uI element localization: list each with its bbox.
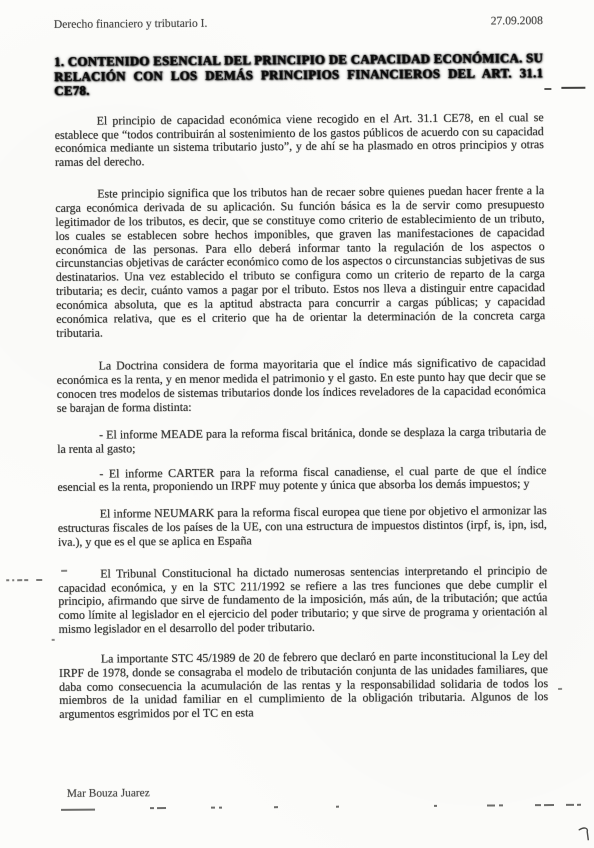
pen-mark-icon: [577, 826, 591, 847]
paragraph-4: El Tribunal Constitucional ha dictado nu…: [58, 564, 548, 637]
scan-artifact-speck: [558, 688, 562, 690]
date-label: 27.09.2008: [491, 14, 543, 27]
page-header: Derecho financiero y tributario I. 27.09…: [54, 14, 543, 31]
course-title: Derecho financiero y tributario I.: [54, 17, 208, 31]
footer-author: Mar Bouza Juarez: [67, 787, 150, 800]
section-title: 1. CONTENIDO ESENCIAL DEL PRINCIPIO DE C…: [54, 51, 543, 99]
paragraph-5: La importante STC 45/1989 de 20 de febre…: [59, 649, 549, 722]
document-content: Derecho financiero y tributario I. 27.09…: [0, 0, 594, 848]
scan-artifact-dash: [561, 87, 585, 89]
scan-artifact-speck: [52, 639, 55, 641]
bullet-item-meade: - El informe MEADE para la reforma fisca…: [57, 425, 546, 457]
paragraph-2: Este principio significa que los tributo…: [55, 184, 545, 340]
scan-skew-wrapper: Derecho financiero y tributario I. 27.09…: [0, 0, 594, 848]
scan-artifact-speck: [61, 570, 67, 572]
scanned-document-page: Derecho financiero y tributario I. 27.09…: [0, 0, 594, 848]
bullet-item-carter: - El informe CARTER para la reforma fisc…: [57, 464, 546, 496]
scan-artifact-margin-dots: [6, 568, 42, 571]
paragraph-3: La Doctrina considera de forma mayoritar…: [56, 356, 545, 415]
scan-artifact-dash: [544, 88, 551, 90]
bullet-item-neumark: El informe NEUMARK para la reforma fisca…: [58, 504, 547, 549]
paragraph-1: El principio de capacidad económica vien…: [55, 111, 544, 170]
